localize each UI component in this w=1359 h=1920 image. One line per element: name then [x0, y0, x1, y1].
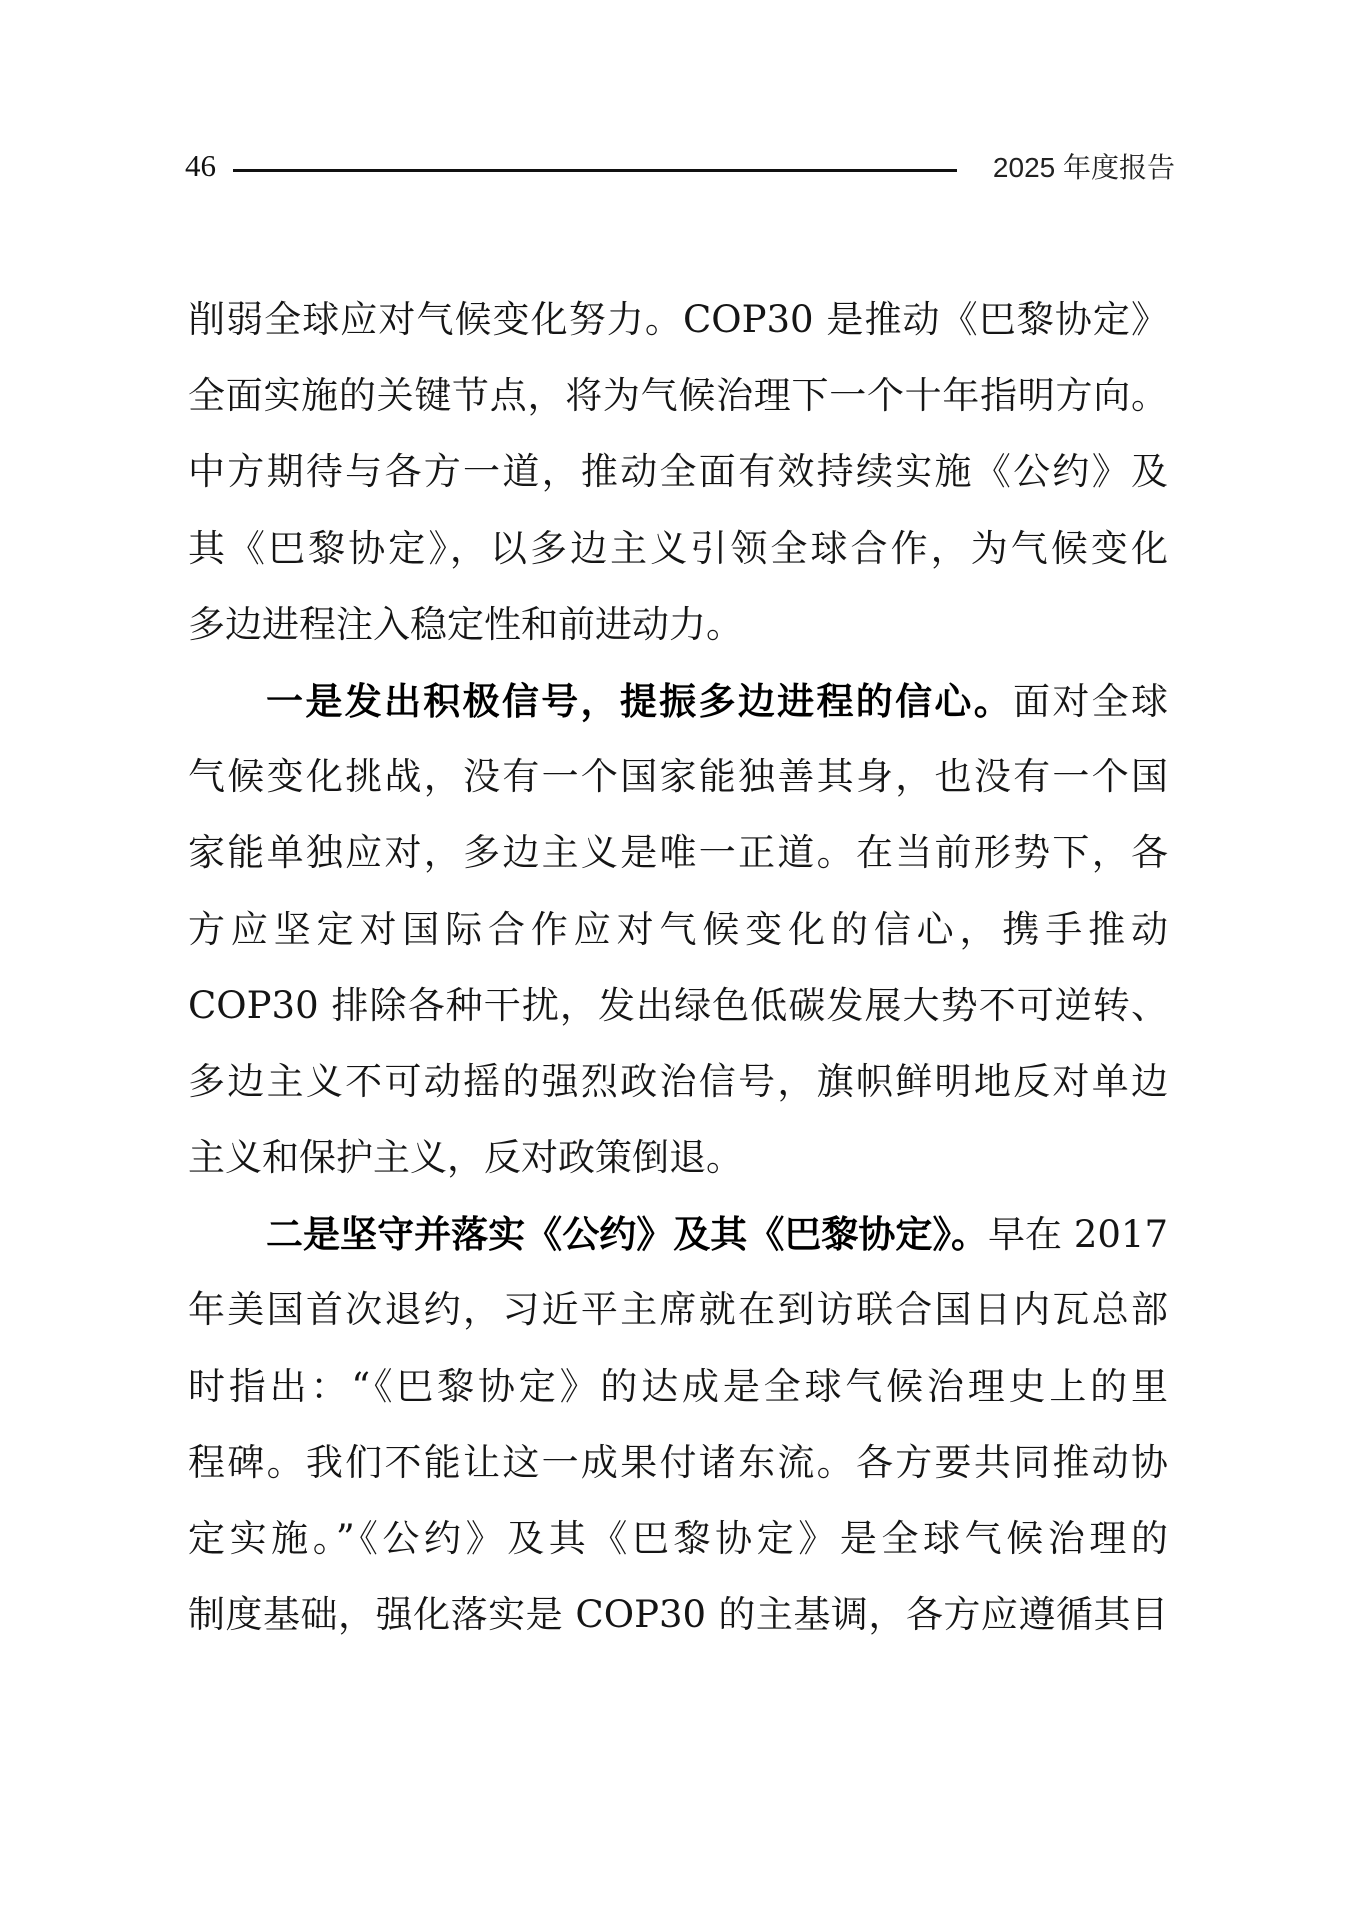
text-line: 方应坚定对国际合作应对气候变化的信心，携手推动	[188, 902, 1168, 978]
running-title: 2025 年度报告	[993, 150, 1175, 186]
page-number: 46	[185, 148, 216, 184]
text-line: 多边主义不可动摇的强烈政治信号，旗帜鲜明地反对单边	[188, 1054, 1168, 1130]
text-line: 定实施。”《公约》及其《巴黎协定》是全球气候治理的	[188, 1511, 1168, 1587]
paragraph-lead-heading: 二是坚守并落实《公约》及其《巴黎协定》。	[266, 1212, 988, 1256]
text-line: 程碑。我们不能让这一成果付诸东流。各方要共同推动协	[188, 1435, 1168, 1511]
paragraph-2: 一是发出积极信号，提振多边进程的信心。面对全球 气候变化挑战，没有一个国家能独善…	[188, 673, 1168, 1206]
text-line-first: 一是发出积极信号，提振多边进程的信心。面对全球	[188, 673, 1168, 749]
text-line: 制度基础，强化落实是 COP30 的主基调，各方应遵循其目	[188, 1587, 1168, 1663]
text-line: 其《巴黎协定》，以多边主义引领全球合作，为气候变化	[188, 521, 1168, 597]
text-line: 全面实施的关键节点，将为气候治理下一个十年指明方向。	[188, 368, 1168, 444]
text-line: 时指出：“《巴黎协定》的达成是全球气候治理史上的里	[188, 1359, 1168, 1435]
text-line: 气候变化挑战，没有一个国家能独善其身，也没有一个国	[188, 749, 1168, 825]
text-line: 主义和保护主义，反对政策倒退。	[188, 1130, 1168, 1206]
text-line: 家能单独应对，多边主义是唯一正道。在当前形势下，各	[188, 825, 1168, 901]
header-rule	[233, 169, 957, 172]
text-line: 削弱全球应对气候变化努力。COP30 是推动《巴黎协定》	[188, 292, 1168, 368]
text-line: 中方期待与各方一道，推动全面有效持续实施《公约》及	[188, 444, 1168, 520]
page-header: 46 2025 年度报告	[185, 148, 1175, 188]
text-fragment: 面对全球	[1013, 680, 1168, 723]
paragraph-lead-heading: 一是发出积极信号，提振多边进程的信心。	[266, 679, 1013, 723]
paragraph-3: 二是坚守并落实《公约》及其《巴黎协定》。早在 2017 年美国首次退约，习近平主…	[188, 1206, 1168, 1663]
paragraph-1: 削弱全球应对气候变化努力。COP30 是推动《巴黎协定》 全面实施的关键节点，将…	[188, 292, 1168, 673]
text-line: 多边进程注入稳定性和前进动力。	[188, 597, 1168, 673]
text-fragment: 早在 2017	[988, 1213, 1168, 1256]
text-line: 年美国首次退约，习近平主席就在到访联合国日内瓦总部	[188, 1282, 1168, 1358]
text-line-first: 二是坚守并落实《公约》及其《巴黎协定》。早在 2017	[188, 1206, 1168, 1282]
body-text: 削弱全球应对气候变化努力。COP30 是推动《巴黎协定》 全面实施的关键节点，将…	[188, 292, 1168, 1663]
text-line: COP30 排除各种干扰，发出绿色低碳发展大势不可逆转、	[188, 978, 1168, 1054]
